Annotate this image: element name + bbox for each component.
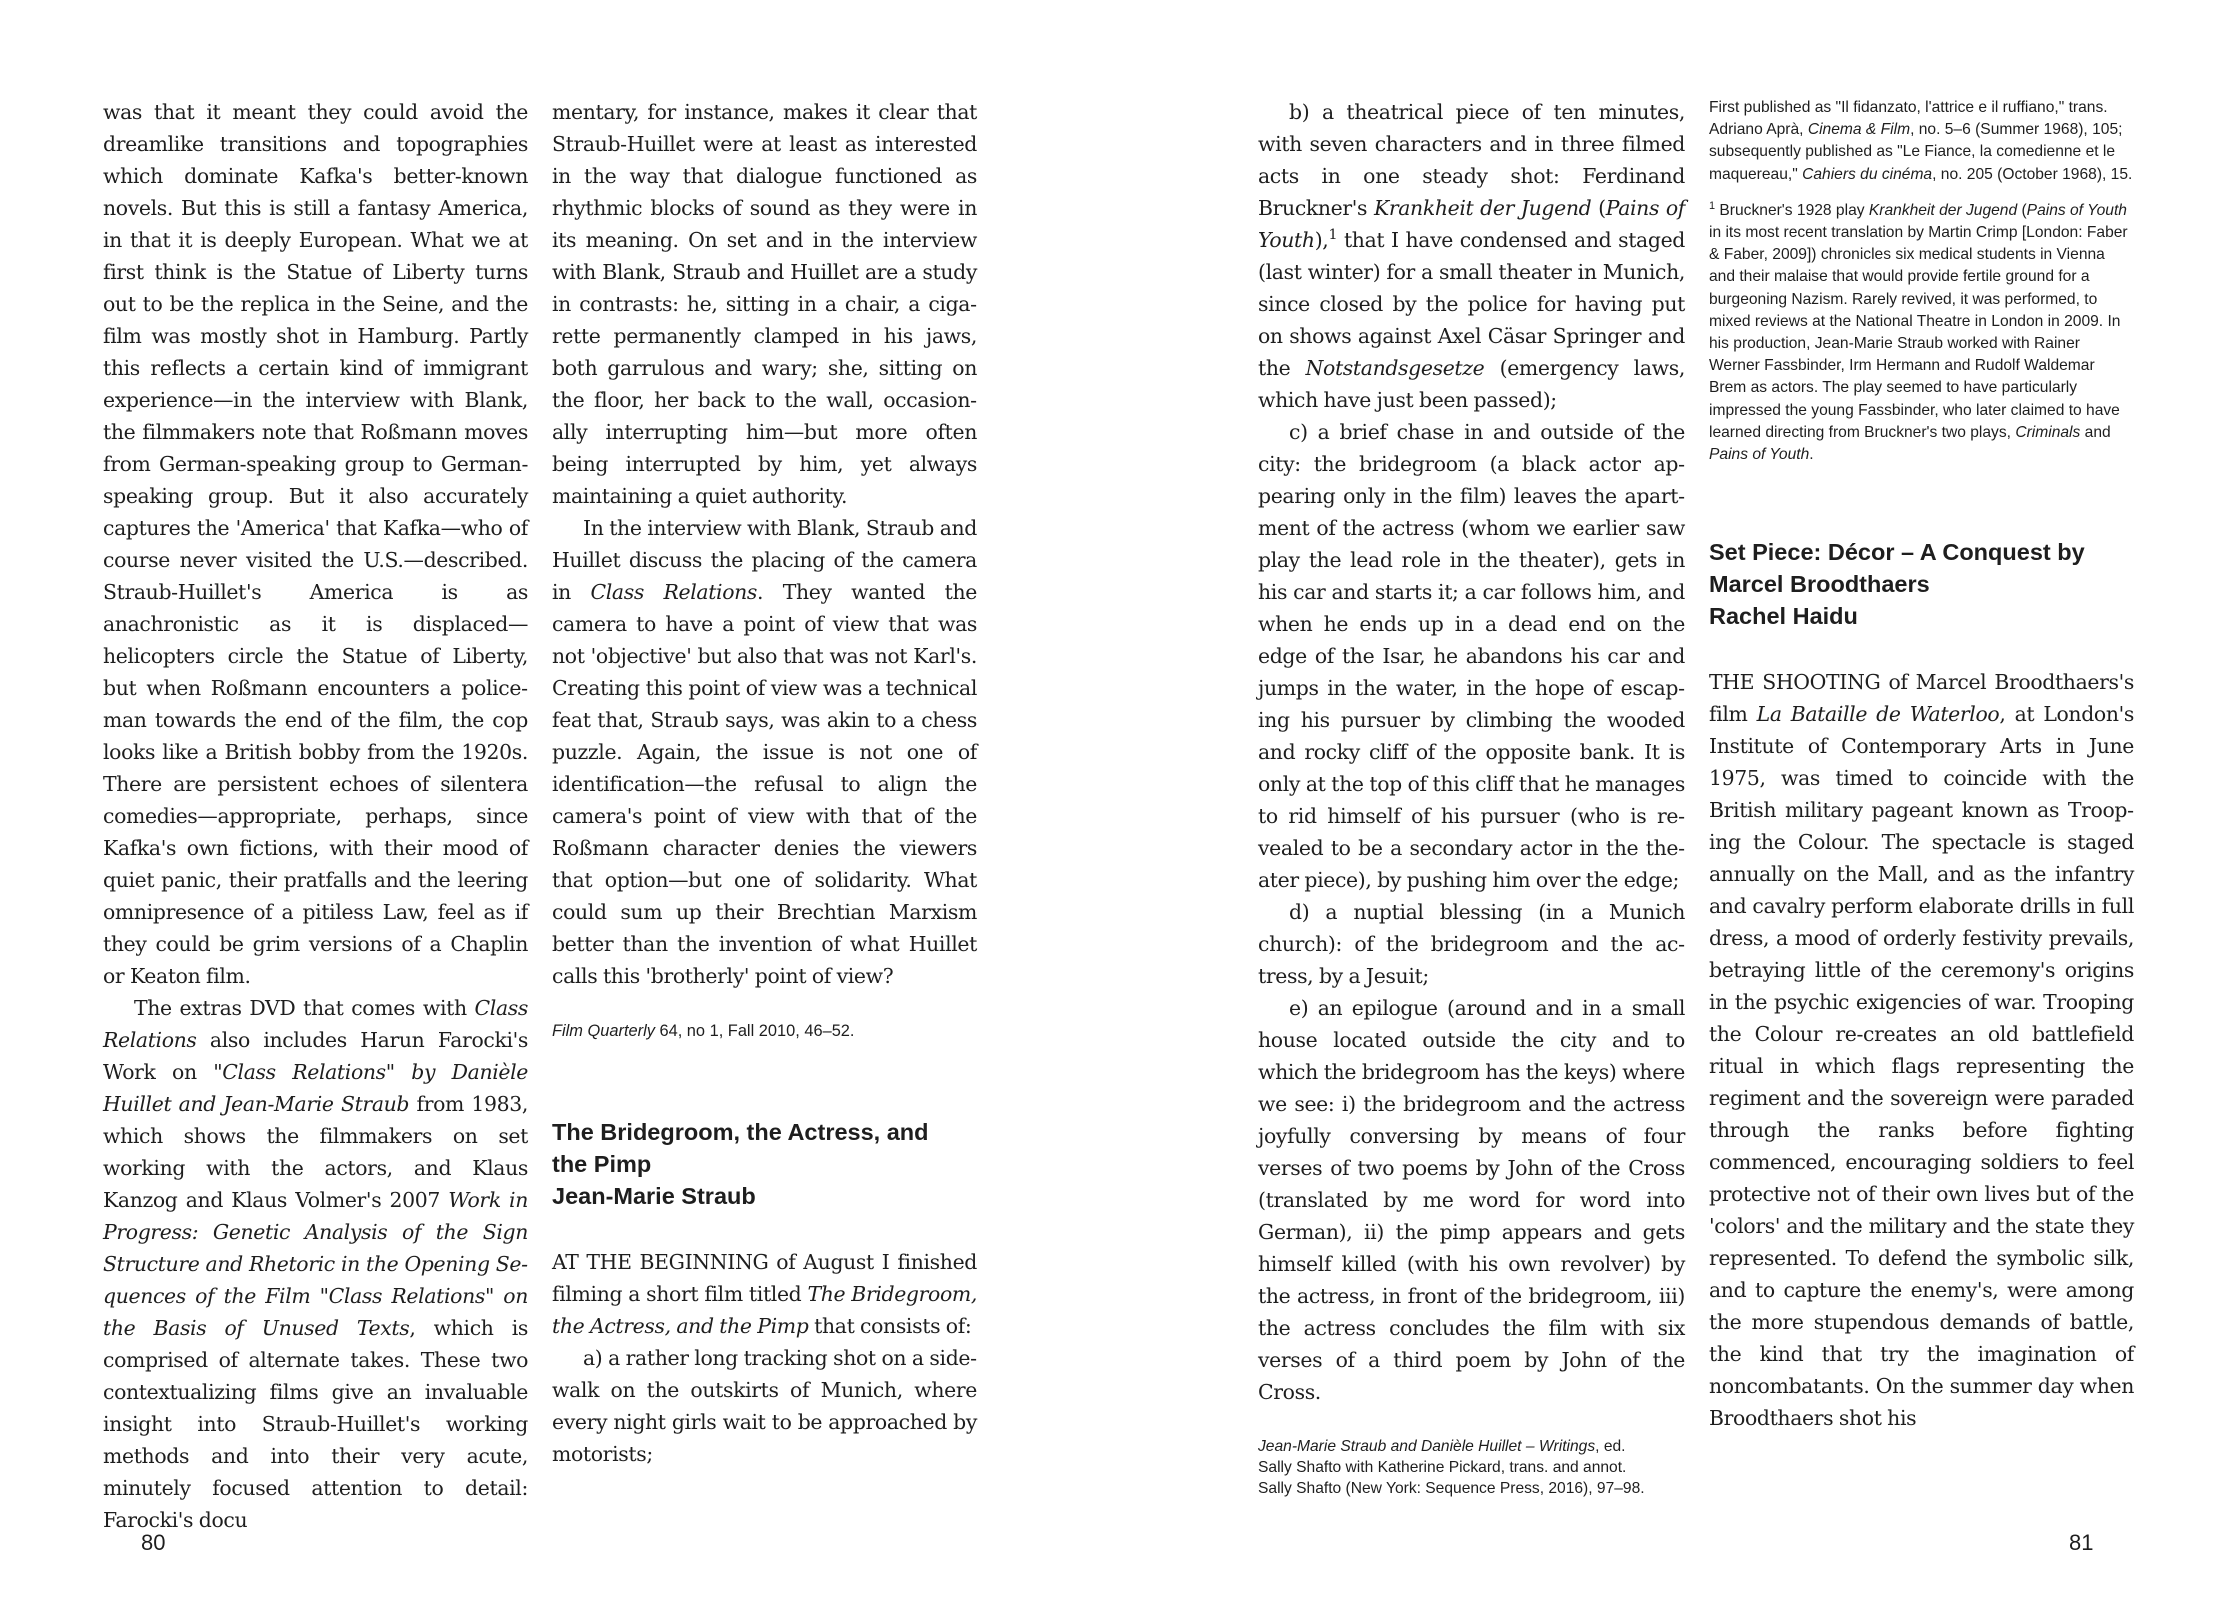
- right-page-column-2: First published as "Il fidanzato, l'attr…: [1709, 97, 2134, 1434]
- essay-body-text: AT THE BEGINNING of August I finished fi…: [552, 1246, 977, 1470]
- paragraph: e) an epilogue (around and in a small ho…: [1258, 992, 1685, 1408]
- source-citation: Jean-Marie Straub and Danièle Huillet – …: [1258, 1436, 1685, 1499]
- heading-title: Marcel Broodthaers: [1709, 568, 2134, 600]
- paragraph: mentary, for instance, makes it clear th…: [552, 96, 977, 512]
- right-page-column-1: b) a theatrical piece of ten min­utes, w…: [1258, 96, 1685, 1499]
- footnote-marker[interactable]: 1: [1328, 227, 1337, 243]
- heading-title: Set Piece: Décor – A Conquest by: [1709, 536, 2134, 568]
- paragraph: b) a theatrical piece of ten min­utes, w…: [1258, 96, 1685, 416]
- page-number-left: 80: [141, 1530, 165, 1556]
- heading-author: Rachel Haidu: [1709, 600, 2134, 632]
- paragraph: In the interview with Blank, Straub and …: [552, 512, 977, 992]
- essay-body-text: b) a theatrical piece of ten min­utes, w…: [1258, 96, 1685, 1408]
- heading-title: The Bridegroom, the Actress, and: [552, 1116, 977, 1148]
- first-published-note: First published as "Il fidanzato, l'attr…: [1709, 97, 2134, 186]
- heading-author: Jean-Marie Straub: [552, 1180, 977, 1212]
- section-heading: The Bridegroom, the Actress, and the Pim…: [552, 1116, 977, 1212]
- paragraph: a) a rather long tracking shot on a side…: [552, 1342, 977, 1470]
- paragraph: The extras DVD that comes with Class Rel…: [103, 992, 528, 1536]
- paragraph: d) a nuptial blessing (in a Munich churc…: [1258, 896, 1685, 992]
- left-page-column-1: was that it meant they could avoid the d…: [103, 96, 528, 1536]
- page-number-right: 81: [2069, 1530, 2093, 1556]
- heading-title: the Pimp: [552, 1148, 977, 1180]
- paragraph: was that it meant they could avoid the d…: [103, 96, 528, 992]
- essay-body-text: THE SHOOTING of Marcel Broodthaers's fil…: [1709, 666, 2134, 1434]
- essay-body-text: mentary, for instance, makes it clear th…: [552, 96, 977, 992]
- publication-note: First published as "Il fidanzato, l'attr…: [1709, 97, 2134, 466]
- paragraph: AT THE BEGINNING of August I finished fi…: [552, 1246, 977, 1342]
- book-spread: was that it meant they could avoid the d…: [0, 0, 2236, 1614]
- section-heading: Set Piece: Décor – A Conquest by Marcel …: [1709, 536, 2134, 632]
- essay-body-text: was that it meant they could avoid the d…: [103, 96, 528, 1536]
- footnote-1: 1 Bruckner's 1928 play Krankheit der Jug…: [1709, 200, 2134, 466]
- left-page-column-2: mentary, for instance, makes it clear th…: [552, 96, 977, 1470]
- paragraph: c) a brief chase in and outside of the c…: [1258, 416, 1685, 896]
- source-citation: Film Quarterly 64, no 1, Fall 2010, 46–5…: [552, 1020, 977, 1042]
- paragraph: THE SHOOTING of Marcel Broodthaers's fil…: [1709, 666, 2134, 1434]
